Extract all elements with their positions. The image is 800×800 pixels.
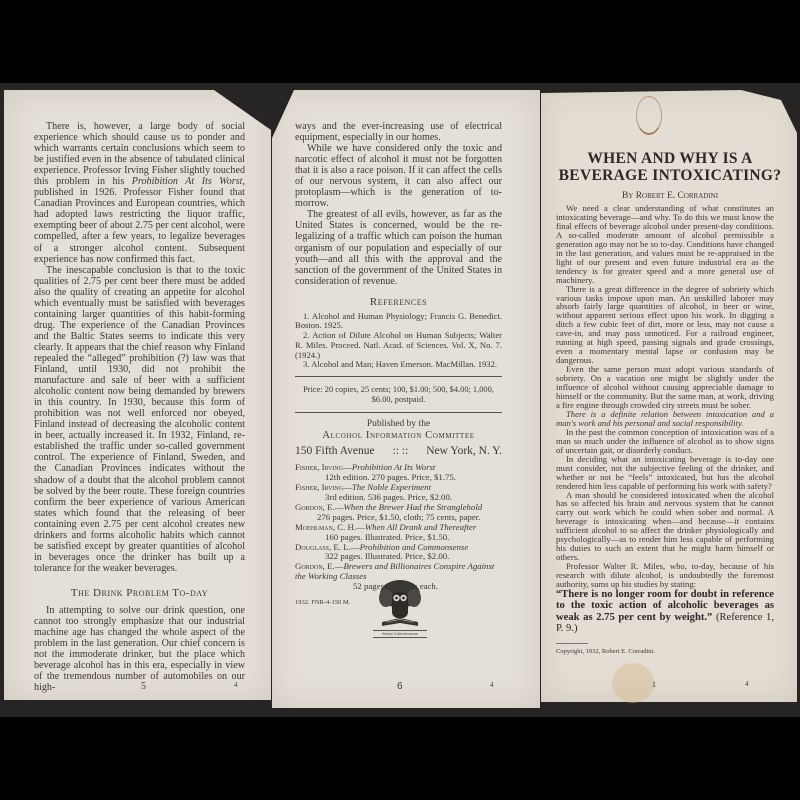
pull-quote: “There is no longer room for doubt in re… [556,589,774,635]
paragraph: The inescapable conclusion is that to th… [34,265,245,574]
section-heading: The Drink Problem To-day [34,588,245,599]
owl-book-watermark-icon [378,578,422,630]
book-list: Fisher, Irving—Prohibition At Its Worst … [295,463,502,592]
watermark-caption: History Collectionscom [373,630,427,638]
publisher-address: 150 Fifth Avenue :: :: New York, N. Y. [295,446,502,457]
reference-item: 3. Alcohol and Man; Haven Emerson. MacMi… [295,360,502,370]
publisher-name: Alcohol Information Committee [295,430,502,441]
copyright-notice: Copyright, 1932, Robert E. Corradini. [556,648,774,657]
publisher-block: Published by the Alcohol Information Com… [295,419,502,457]
signature-mark: 4 [490,681,494,689]
paragraph: In deciding what an intoxicating beverag… [556,455,774,491]
water-stain [612,663,654,703]
paragraph: Professor Walter R. Miles, who, to-day, … [556,562,774,589]
book-title: Prohibition At Its Worst [132,176,243,187]
paragraph: There is a great difference in the degre… [556,285,774,366]
references-heading: References [295,297,502,308]
paragraph: ways and the ever-increasing use of elec… [295,121,502,143]
page-1-text: We need a clear understanding of what co… [556,204,774,657]
paragraph: In the past the common conception of int… [556,428,774,455]
address-separator: :: :: [393,446,409,457]
paragraph: There is, however, a large body of socia… [34,121,245,265]
author-byline: By Robert E. Corradini [552,191,788,201]
reference-item: 1. Alcohol and Human Physiology; Francis… [295,312,502,331]
page-5-text: There is, however, a large body of socia… [34,121,245,693]
divider [556,643,588,644]
page-6-text: ways and the ever-increasing use of elec… [295,121,502,608]
page-number: 5 [141,681,146,692]
address-street: 150 Fifth Avenue [295,446,375,457]
references-list: 1. Alcohol and Human Physiology; Francis… [295,312,502,370]
signature-mark: 4 [745,680,749,688]
divider [295,376,502,377]
reference-item: 2. Action of Dilute Alcohol on Human Sub… [295,331,502,360]
article-title: WHEN AND WHY IS A BEVERAGE INTOXICATING? [552,150,788,184]
divider [295,412,502,413]
paragraph: Even the same person must adopt various … [556,365,774,410]
paper-tear-mark [636,96,662,135]
paragraph: While we have considered only the toxic … [295,143,502,209]
emphasis-paragraph: There is a definite relation between int… [556,410,774,428]
paragraph: The greatest of all evils, however, as f… [295,209,502,286]
paragraph: We need a clear understanding of what co… [556,204,774,285]
address-city: New York, N. Y. [426,446,502,457]
price-line: Price: 20 copies, 25 cents; 100, $1.00; … [295,383,502,406]
paragraph: In attempting to solve our drink questio… [34,605,245,693]
signature-mark: 4 [234,681,238,689]
published-by-label: Published by the [295,419,502,430]
page-number: 1 [652,680,656,689]
page-number: 6 [397,681,403,692]
paragraph: A man should be considered intoxicated w… [556,491,774,563]
